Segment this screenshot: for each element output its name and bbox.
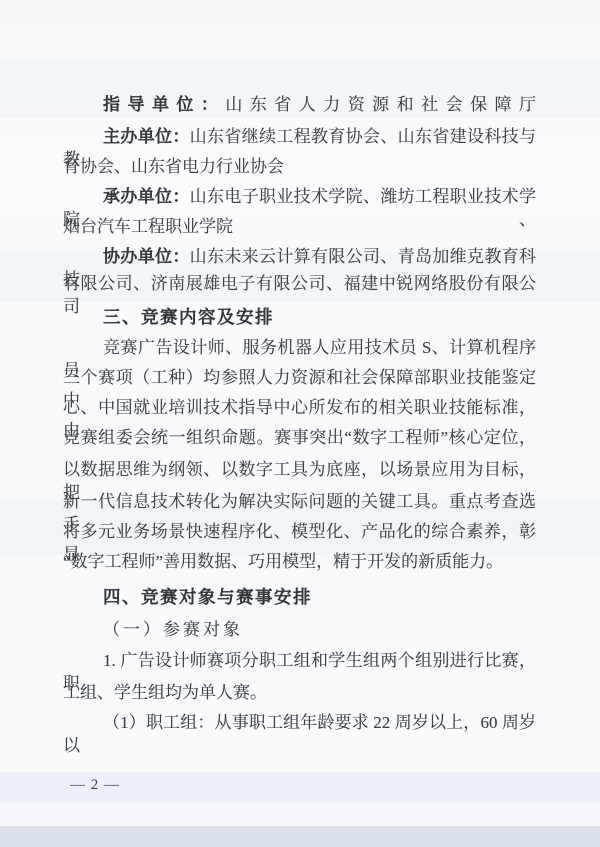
organizer-line-undertaker-cont: 烟台汽车工程职业学院 bbox=[63, 215, 536, 238]
body-line: 工组、学生组均为单人赛。 bbox=[63, 681, 536, 704]
organizer-label: 指导单位： bbox=[103, 95, 225, 114]
section-3-heading: 三、竞赛内容及安排 bbox=[63, 306, 536, 329]
organizer-label: 主办单位： bbox=[103, 127, 190, 146]
scanned-document-page: 指导单位：山东省人力资源和社会保障厅 主办单位：山东省继续工程教育协会、山东省建… bbox=[0, 0, 600, 847]
body-line: （1）职工组：从事职工组年龄要求 22 周岁以上，60 周岁以 bbox=[63, 711, 536, 757]
body-line: “数字工程师”善用数据、巧用模型，精于开发的新质能力。 bbox=[63, 550, 536, 573]
organizer-line-guidance: 指导单位：山东省人力资源和社会保障厅 bbox=[63, 93, 536, 116]
organizer-label: 协办单位： bbox=[103, 247, 190, 266]
subsection-participants-heading: （一）参赛对象 bbox=[63, 618, 536, 641]
page-number: — 2 — bbox=[70, 777, 120, 794]
section-4-heading: 四、竞赛对象与赛事安排 bbox=[63, 586, 536, 609]
organizer-label: 承办单位： bbox=[103, 187, 190, 206]
organizer-text: 山东省人力资源和社会保障厅 bbox=[225, 95, 536, 114]
scan-band bbox=[0, 826, 600, 847]
body-line: 竞赛组委会统一组织命题。赛事突出“数字工程师”核心定位， bbox=[63, 426, 536, 449]
organizer-line-host-cont: 育协会、山东省电力行业协会 bbox=[63, 155, 536, 178]
